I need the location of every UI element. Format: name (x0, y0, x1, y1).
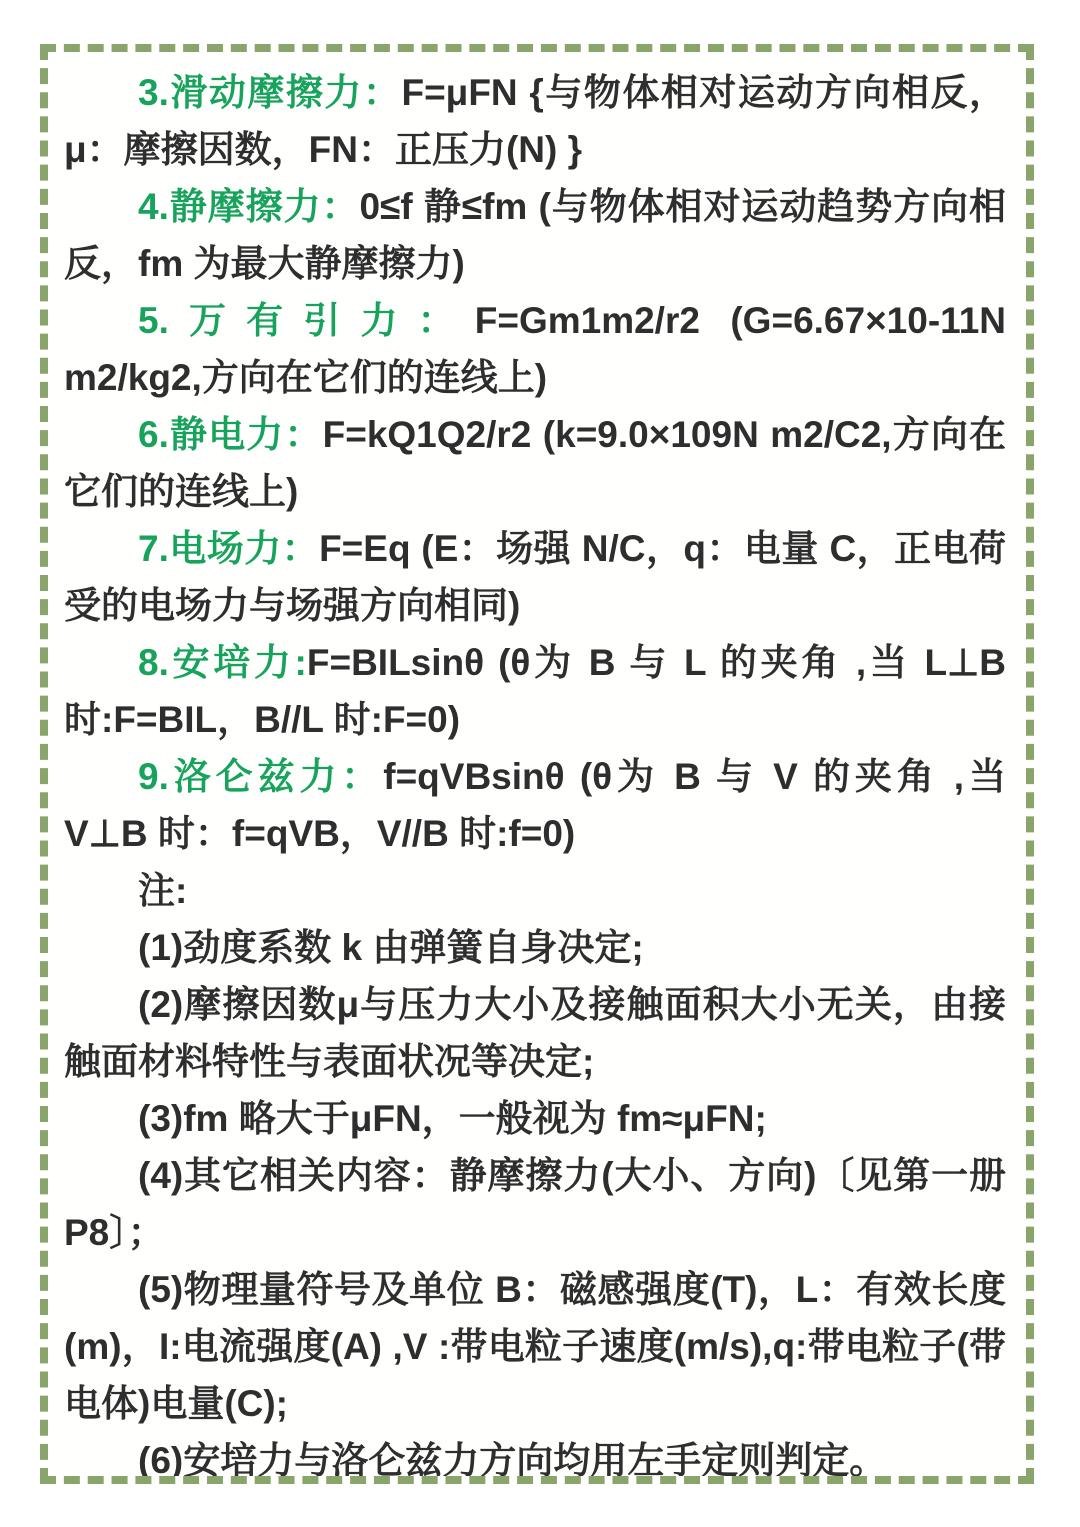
note-item: (2)摩擦因数μ与压力大小及接触面积大小无关，由接触面材料特性与表面状况等决定; (64, 976, 1006, 1090)
formula-head: 6.静电力： (138, 414, 323, 455)
formula-head: 4.静摩擦力： (138, 186, 359, 227)
formula-item: 4.静摩擦力：0≤f 静≤fm (与物体相对运动趋势方向相反，fm 为最大静摩擦… (64, 178, 1006, 292)
formula-item: 7.电场力：F=Eq (E：场强 N/C，q：电量 C，正电荷受的电场力与场强方… (64, 520, 1006, 634)
formula-item: 8.安培力:F=BILsinθ (θ为 B 与 L 的夹角 ,当 L⊥B 时:F… (64, 634, 1006, 748)
notes-label: 注: (64, 862, 1006, 919)
formula-item: 9.洛仑兹力：f=qVBsinθ (θ为 B 与 V 的夹角 ,当 V⊥B 时：… (64, 748, 1006, 862)
formula-sheet: 3.滑动摩擦力：F=μFN {与物体相对运动方向相反，μ：摩擦因数，FN：正压力… (40, 44, 1034, 1484)
note-item: (3)fm 略大于μFN，一般视为 fm≈μFN; (64, 1090, 1006, 1147)
formula-head: 9.洛仑兹力： (138, 756, 383, 797)
formula-item: 5.万有引力：F=Gm1m2/r2 (G=6.67×10-11N m2/kg2,… (64, 292, 1006, 406)
formula-head: 8.安培力: (138, 642, 307, 683)
formula-item: 3.滑动摩擦力：F=μFN {与物体相对运动方向相反，μ：摩擦因数，FN：正压力… (64, 64, 1006, 178)
note-item: (6)安培力与洛仑兹力方向均用左手定则判定。 (64, 1432, 1006, 1484)
formula-item: 6.静电力：F=kQ1Q2/r2 (k=9.0×109N m2/C2,方向在它们… (64, 406, 1006, 520)
formula-head: 7.电场力： (138, 528, 319, 569)
formula-head: 5.万有引力： (138, 300, 475, 341)
formula-head: 3.滑动摩擦力： (138, 72, 401, 113)
note-item: (1)劲度系数 k 由弹簧自身决定; (64, 919, 1006, 976)
note-item: (5)物理量符号及单位 B：磁感强度(T)，L：有效长度(m)，I:电流强度(A… (64, 1261, 1006, 1432)
note-item: (4)其它相关内容：静摩擦力(大小、方向)〔见第一册 P8〕； (64, 1147, 1006, 1261)
